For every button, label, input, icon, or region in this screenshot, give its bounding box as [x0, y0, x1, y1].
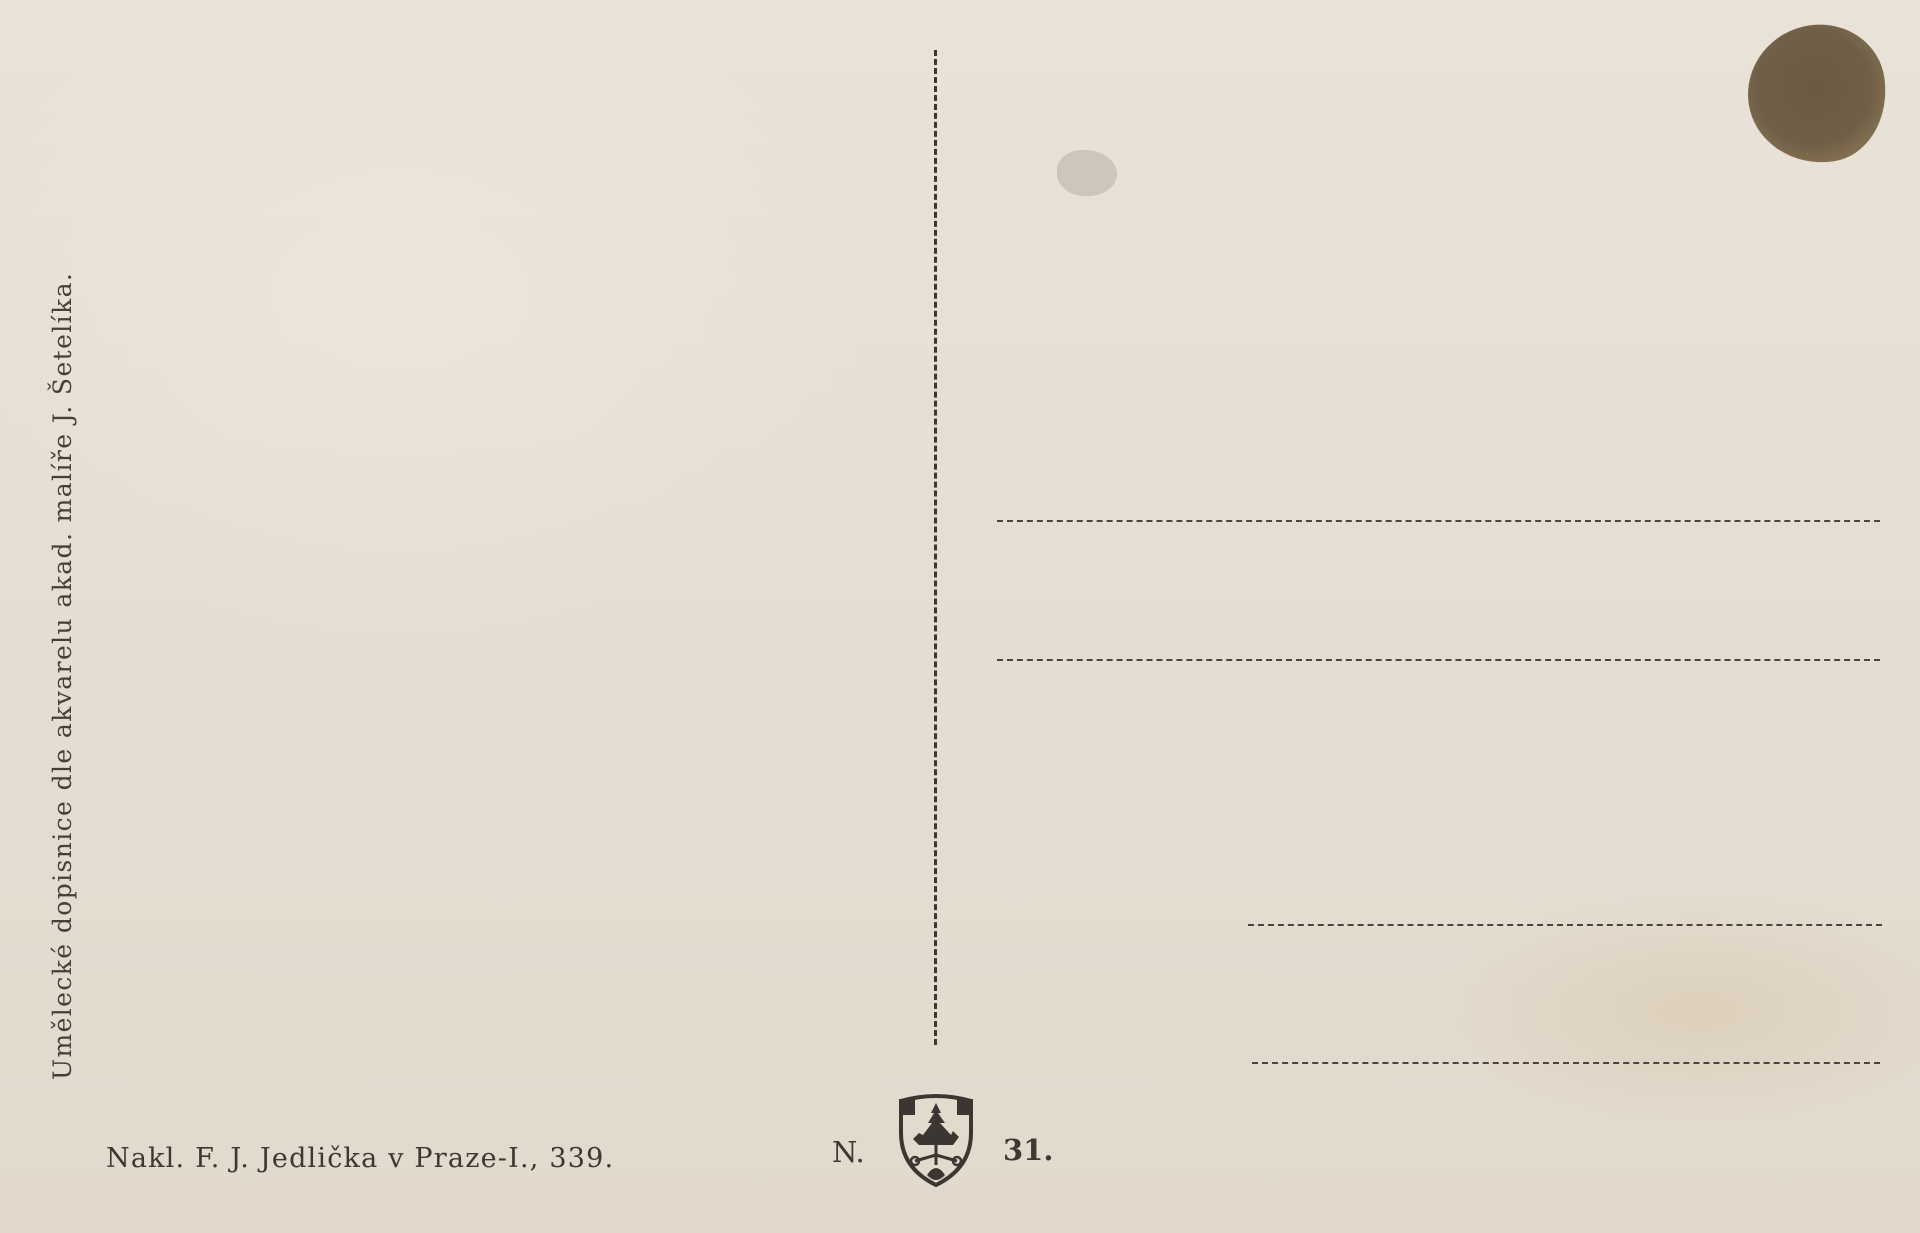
message-address-divider	[934, 50, 937, 1045]
address-line-2	[997, 659, 1880, 661]
stain-mark-small	[1057, 150, 1117, 196]
address-line-4	[1252, 1062, 1880, 1064]
stain-mark	[1739, 16, 1895, 172]
serial-prefix: N.	[832, 1135, 865, 1169]
postcard-back: Umělecké dopisnice dle akvarelu akad. ma…	[0, 0, 1920, 1233]
address-line-1	[997, 520, 1880, 522]
address-line-3	[1248, 924, 1882, 926]
artist-caption: Umělecké dopisnice dle akvarelu akad. ma…	[48, 272, 77, 1080]
serial-number: 31.	[1003, 1133, 1053, 1167]
publisher-imprint: Nakl. F. J. Jedlička v Praze-I., 339.	[106, 1143, 614, 1174]
shield-tree-emblem-icon	[893, 1093, 979, 1188]
